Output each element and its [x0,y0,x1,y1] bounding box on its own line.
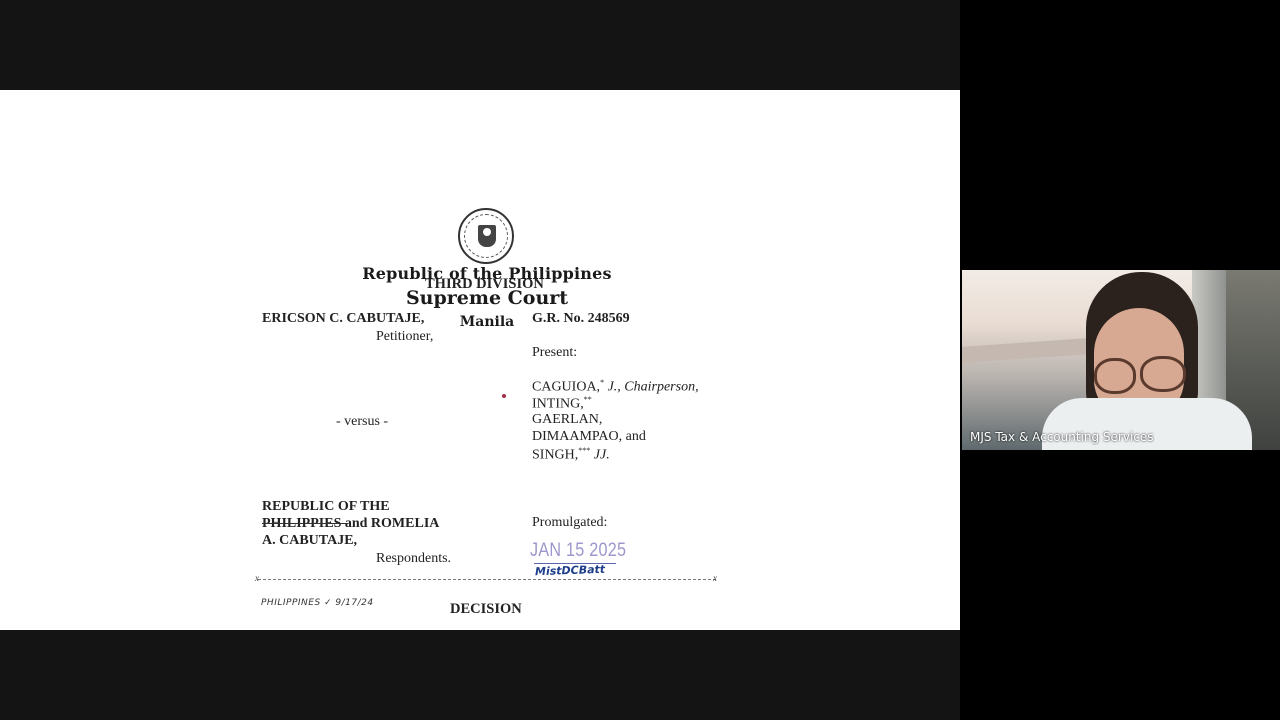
respondent-line-3: A. CABUTAJE, [262,533,357,549]
date-stamp: JAN 15 2025 [530,540,626,562]
justice-row: GAERLAN, [532,412,602,428]
shared-document-page: Republic of the Philippines Supreme Cour… [0,90,960,630]
versus-text: - versus - [336,414,388,430]
decision-heading: DECISION [450,601,522,618]
division-heading: THIRD DIVISION [425,276,544,293]
justice-row: INTING,** [532,395,592,413]
justice-row: CAGUIOA,* J., Chairperson, [532,378,699,396]
case-number: G.R. No. 248569 [532,311,630,327]
handwritten-correction: PHILIPPINES ✓ 9/17/24 [261,598,374,608]
line-start-mark: x [255,573,259,583]
justice-row: SINGH,*** JJ. [532,446,610,464]
present-label: Present: [532,345,577,361]
respondent-line-1: REPUBLIC OF THE [262,499,390,515]
petitioner-role: Petitioner, [376,329,433,345]
respondents-role: Respondents. [376,551,451,567]
signature: MistDCBatt [535,563,605,578]
justice-row: DIMAAMPAO, and [532,429,646,445]
participant-video-tile[interactable]: MJS Tax & Accounting Services [962,270,1280,450]
line-end-mark: x [713,573,717,583]
respondent-line-2: PHILIPPIES and ROMELIA [262,516,439,532]
red-dot-mark [502,394,506,398]
participant-name-label: MJS Tax & Accounting Services [970,430,1154,444]
screen-share-area: Republic of the Philippines Supreme Cour… [0,0,960,720]
header-manila: Manila [0,314,960,330]
supreme-court-seal-icon [458,208,514,264]
promulgated-label: Promulgated: [532,515,607,531]
strikethrough-mark [262,523,348,524]
separator-line [258,579,716,580]
petitioner-name: ERICSON C. CABUTAJE, [262,311,424,327]
